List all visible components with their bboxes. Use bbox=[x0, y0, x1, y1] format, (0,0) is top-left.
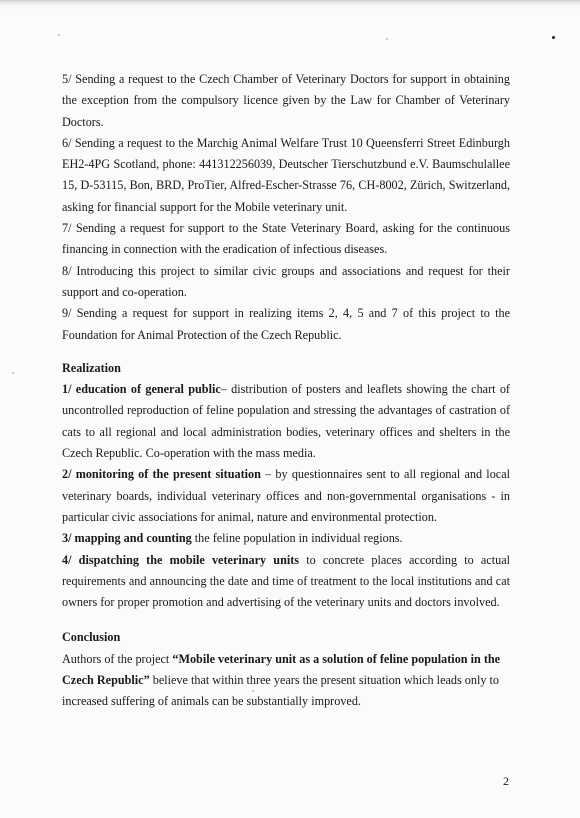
page-number: 2 bbox=[503, 774, 509, 789]
point-title: 1/ education of general public bbox=[62, 382, 221, 396]
list-item-8: 8/ Introducing this project to similar c… bbox=[62, 261, 510, 304]
section-heading-conclusion: Conclusion bbox=[62, 627, 510, 648]
list-item-7: 7/ Sending a request for support to the … bbox=[62, 218, 510, 261]
point-text: the feline population in individual regi… bbox=[192, 531, 403, 545]
scan-speck bbox=[552, 36, 555, 39]
scan-speck bbox=[12, 372, 14, 374]
realization-point: 3/ mapping and counting the feline popul… bbox=[62, 528, 510, 549]
conclusion-lead: Authors of the project bbox=[62, 652, 172, 666]
list-item-5: 5/ Sending a request to the Czech Chambe… bbox=[62, 69, 510, 133]
scan-speck bbox=[386, 38, 388, 40]
list-item-9: 9/ Sending a request for support in real… bbox=[62, 303, 510, 346]
list-item-6: 6/ Sending a request to the Marchig Anim… bbox=[62, 133, 510, 218]
scanned-page: 5/ Sending a request to the Czech Chambe… bbox=[0, 0, 580, 818]
realization-point: 4/ dispatching the mobile veterinary uni… bbox=[62, 550, 510, 614]
point-title: 2/ monitoring of the present situation bbox=[62, 467, 261, 481]
point-title: 4/ dispatching the mobile veterinary uni… bbox=[62, 553, 299, 567]
realization-point: 1/ education of general public– distribu… bbox=[62, 379, 510, 464]
realization-point: 2/ monitoring of the present situation –… bbox=[62, 464, 510, 528]
point-title: 3/ mapping and counting bbox=[62, 531, 192, 545]
conclusion-paragraph: Authors of the project “Mobile veterinar… bbox=[62, 649, 510, 713]
scan-speck bbox=[58, 34, 60, 36]
section-heading-realization: Realization bbox=[62, 358, 510, 379]
document-body: 5/ Sending a request to the Czech Chambe… bbox=[62, 69, 510, 713]
